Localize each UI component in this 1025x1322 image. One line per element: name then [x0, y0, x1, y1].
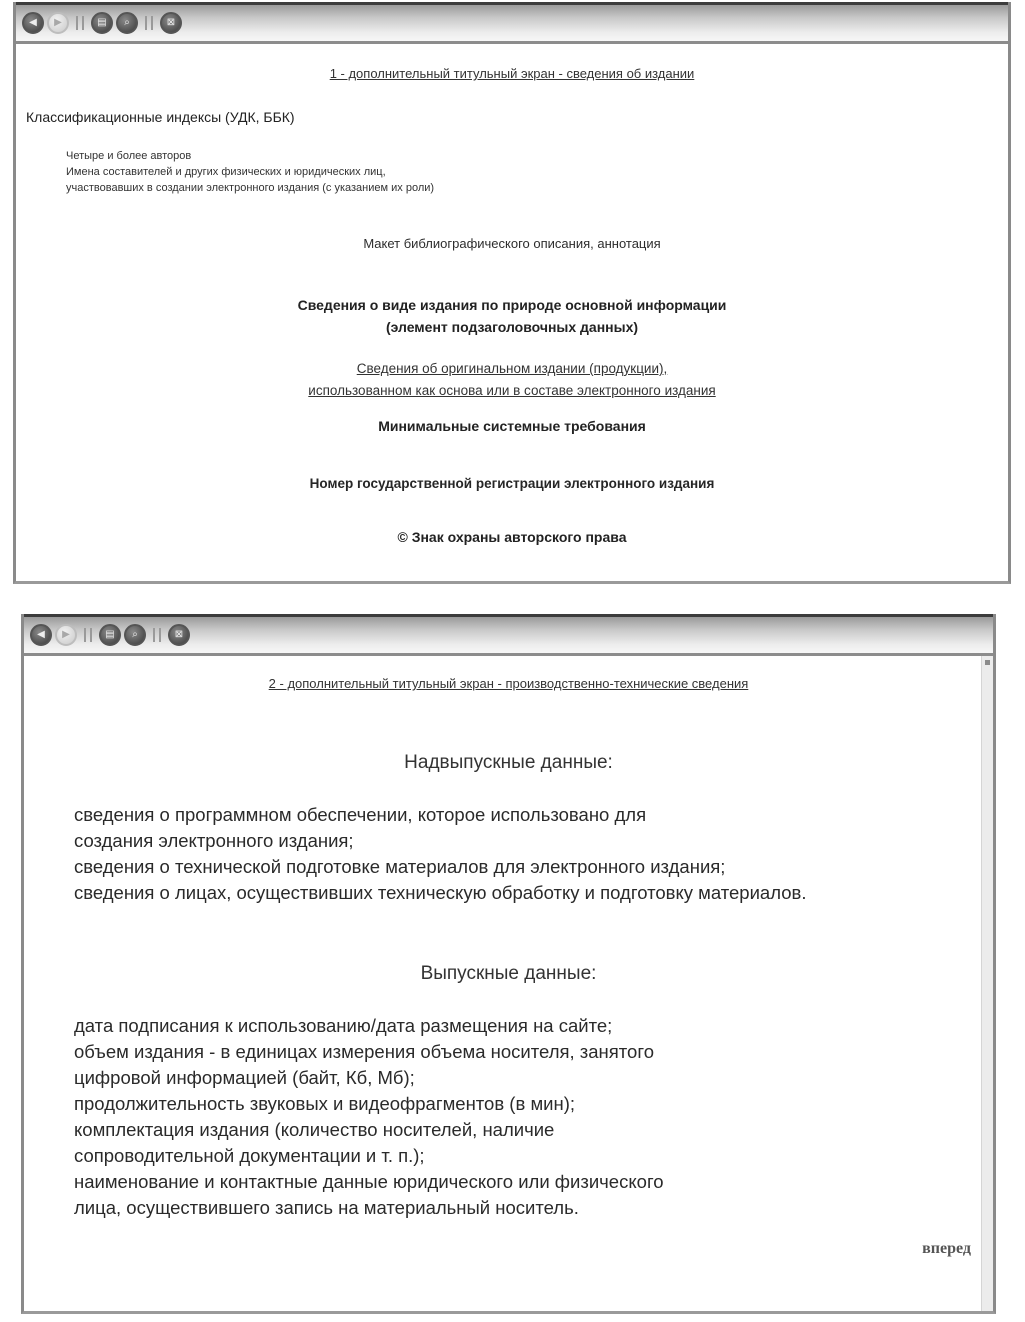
print-icon: ▤: [105, 630, 114, 640]
scroll-up-icon[interactable]: [985, 660, 990, 665]
list-item: создания электронного издания;: [74, 828, 806, 854]
release-list: дата подписания к использованию/дата раз…: [74, 1013, 664, 1221]
arrow-right-icon: ▶: [54, 18, 62, 28]
screen-title: 2 - дополнительный титульный экран - про…: [24, 676, 993, 691]
list-item: сведения о программном обеспечении, кото…: [74, 802, 806, 828]
exit-icon: ⊠: [175, 630, 183, 640]
toolbar: ◀ ▶ ▤ ⌕ ⊠: [16, 2, 1008, 44]
authors-line: Имена составителей и других физических и…: [66, 164, 434, 180]
print-icon: ▤: [97, 18, 106, 28]
list-item: сведения о технической подготовке матери…: [74, 854, 806, 880]
registration-number: Номер государственной регистрации электр…: [16, 476, 1008, 491]
list-item: объем издания - в единицах измерения объ…: [74, 1039, 664, 1065]
bibliographic-description: Макет библиографического описания, аннот…: [16, 236, 1008, 251]
pre-release-list: сведения о программном обеспечении, кото…: [74, 802, 806, 906]
toolbar-separator: [76, 16, 84, 30]
list-item: комплектация издания (количество носител…: [74, 1117, 664, 1143]
search-icon: ⌕: [124, 18, 130, 28]
authors-block: Четыре и более авторов Имена составителе…: [66, 148, 434, 196]
system-requirements: Минимальные системные требования: [16, 418, 1008, 434]
search-icon: ⌕: [132, 630, 138, 640]
edition-type-line: Сведения о виде издания по природе основ…: [16, 294, 1008, 316]
list-item: лица, осуществившего запись на материаль…: [74, 1195, 664, 1221]
list-item: наименование и контактные данные юридиче…: [74, 1169, 664, 1195]
authors-line: участвовавших в создании электронного из…: [66, 180, 434, 196]
edition-type-line: (элемент подзаголовочных данных): [16, 316, 1008, 338]
edition-type-info: Сведения о виде издания по природе основ…: [16, 294, 1008, 338]
copyright-sign: © Знак охраны авторского права: [16, 529, 1008, 545]
classification-indexes: Классификационные индексы (УДК, ББК): [26, 109, 295, 125]
forward-button[interactable]: ▶: [55, 624, 77, 646]
toolbar-separator: [84, 628, 92, 642]
list-item: сопроводительной документации и т. п.);: [74, 1143, 664, 1169]
release-heading: Выпускные данные:: [24, 963, 993, 985]
list-item: цифровой информацией (байт, Кб, Мб);: [74, 1065, 664, 1091]
list-item: продолжительность звуковых и видеофрагме…: [74, 1091, 664, 1117]
arrow-left-icon: ◀: [29, 18, 37, 28]
pre-release-heading: Надвыпускные данные:: [24, 752, 993, 774]
search-button[interactable]: ⌕: [124, 624, 146, 646]
arrow-right-icon: ▶: [62, 630, 70, 640]
print-button[interactable]: ▤: [91, 12, 113, 34]
toolbar-separator: [153, 628, 161, 642]
exit-button[interactable]: ⊠: [168, 624, 190, 646]
title-screen-2-window: ◀ ▶ ▤ ⌕ ⊠ 2 - дополнительный титульный э…: [21, 614, 996, 1314]
back-button[interactable]: ◀: [30, 624, 52, 646]
screen-title: 1 - дополнительный титульный экран - све…: [16, 66, 1008, 81]
authors-line: Четыре и более авторов: [66, 148, 434, 164]
forward-button[interactable]: ▶: [47, 12, 69, 34]
exit-icon: ⊠: [167, 18, 175, 28]
forward-link[interactable]: вперед: [922, 1240, 971, 1258]
exit-button[interactable]: ⊠: [160, 12, 182, 34]
original-edition-line[interactable]: Сведения об оригинальном издании (продук…: [16, 358, 1008, 380]
toolbar-separator: [145, 16, 153, 30]
list-item: сведения о лицах, осуществивших техничес…: [74, 880, 806, 906]
print-button[interactable]: ▤: [99, 624, 121, 646]
original-edition-line[interactable]: использованном как основа или в составе …: [16, 380, 1008, 402]
list-item: дата подписания к использованию/дата раз…: [74, 1013, 664, 1039]
back-button[interactable]: ◀: [22, 12, 44, 34]
search-button[interactable]: ⌕: [116, 12, 138, 34]
title-screen-1-window: ◀ ▶ ▤ ⌕ ⊠ 1 - дополнительный титульный э…: [13, 2, 1011, 584]
original-edition-link[interactable]: Сведения об оригинальном издании (продук…: [16, 358, 1008, 402]
arrow-left-icon: ◀: [37, 630, 45, 640]
toolbar: ◀ ▶ ▤ ⌕ ⊠: [24, 614, 993, 656]
